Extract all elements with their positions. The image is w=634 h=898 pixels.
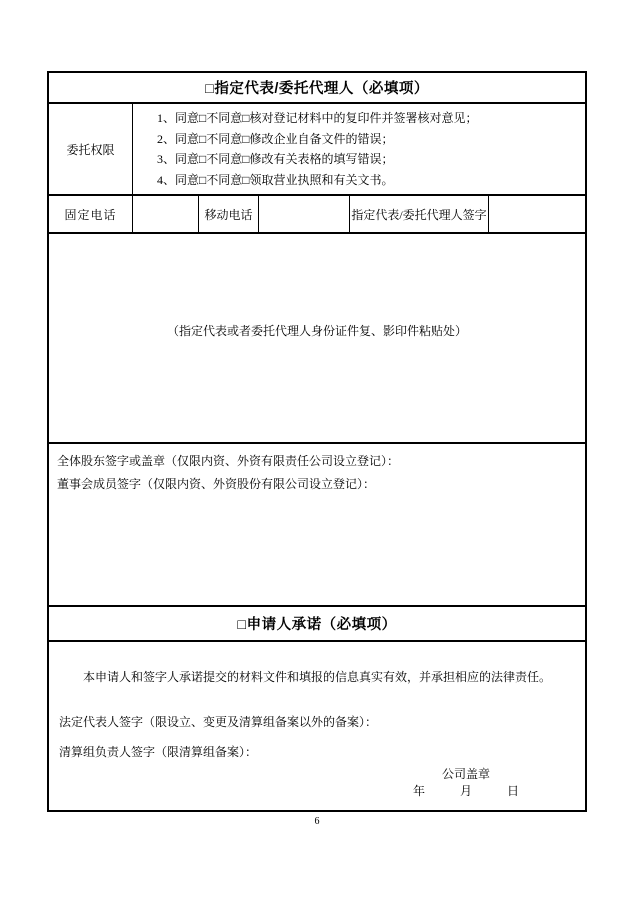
mobile-phone-label: 移动电话 [199,196,259,232]
shareholders-signature-area[interactable]: 全体股东签字或盖章（仅限内资、外资有限责任公司设立登记）： 董事会成员签字（仅限… [49,444,585,607]
authority-row: 委托权限 1、同意□不同意□核对登记材料中的复印件并签署核对意见； 2、同意□不… [49,104,585,196]
authority-label: 委托权限 [49,104,133,194]
page-number: 6 [0,816,634,827]
representative-section-title: □指定代表/委托代理人（必填项） [205,77,429,98]
legal-rep-signature-label: 法定代表人签字（限设立、变更及清算组备案以外的备案）： [59,713,575,730]
fixed-phone-label: 固定电话 [49,196,133,232]
representative-signature-label: 指定代表/委托代理人签字 [350,196,489,232]
mobile-phone-value-cell[interactable] [259,196,350,232]
commitment-section-header: □申请人承诺（必填项） [49,607,585,642]
board-sign-line: 董事会成员签字（仅限内资、外资股份有限公司设立登记）： [57,473,577,496]
commitment-section-title: □申请人承诺（必填项） [237,613,396,634]
commitment-statement: 本申请人和签字人承诺提交的材料文件和填报的信息真实有效，并承担相应的法律责任。 [59,669,575,686]
phones-row: 固定电话 移动电话 指定代表/委托代理人签字 [49,196,585,234]
date-day-label: 日 [507,784,519,798]
shareholders-sign-line: 全体股东签字或盖章（仅限内资、外资有限责任公司设立登记）： [57,450,577,473]
id-paste-note: （指定代表或者委托代理人身份证件复、影印件粘贴处） [167,324,467,338]
commitment-body: 本申请人和签字人承诺提交的材料文件和填报的信息真实有效，并承担相应的法律责任。 … [49,642,585,810]
company-seal-block: 公司盖章 年 月 日 [371,766,561,800]
authority-item-2: 2、同意□不同意□修改企业自备文件的错误； [157,129,585,150]
registration-form-table: □指定代表/委托代理人（必填项） 委托权限 1、同意□不同意□核对登记材料中的复… [47,71,587,812]
liquidation-signature-label: 清算组负责人签字（限清算组备案）： [59,743,575,760]
authority-item-4: 4、同意□不同意□领取营业执照和有关文书。 [157,170,585,191]
authority-items: 1、同意□不同意□核对登记材料中的复印件并签署核对意见； 2、同意□不同意□修改… [133,104,585,194]
authority-item-3: 3、同意□不同意□修改有关表格的填写错误； [157,149,585,170]
date-year-label: 年 [413,784,425,798]
date-month-label: 月 [460,784,472,798]
representative-signature-cell[interactable] [489,196,585,232]
company-seal-label: 公司盖章 [371,766,561,783]
fixed-phone-value-cell[interactable] [133,196,199,232]
representative-section-header: □指定代表/委托代理人（必填项） [49,73,585,104]
authority-item-1: 1、同意□不同意□核对登记材料中的复印件并签署核对意见； [157,108,585,129]
document-page: { "page": { "number": "6" }, "rep": { "t… [0,0,634,898]
date-line: 年 月 日 [371,783,561,800]
id-paste-area[interactable]: （指定代表或者委托代理人身份证件复、影印件粘贴处） [49,234,585,444]
